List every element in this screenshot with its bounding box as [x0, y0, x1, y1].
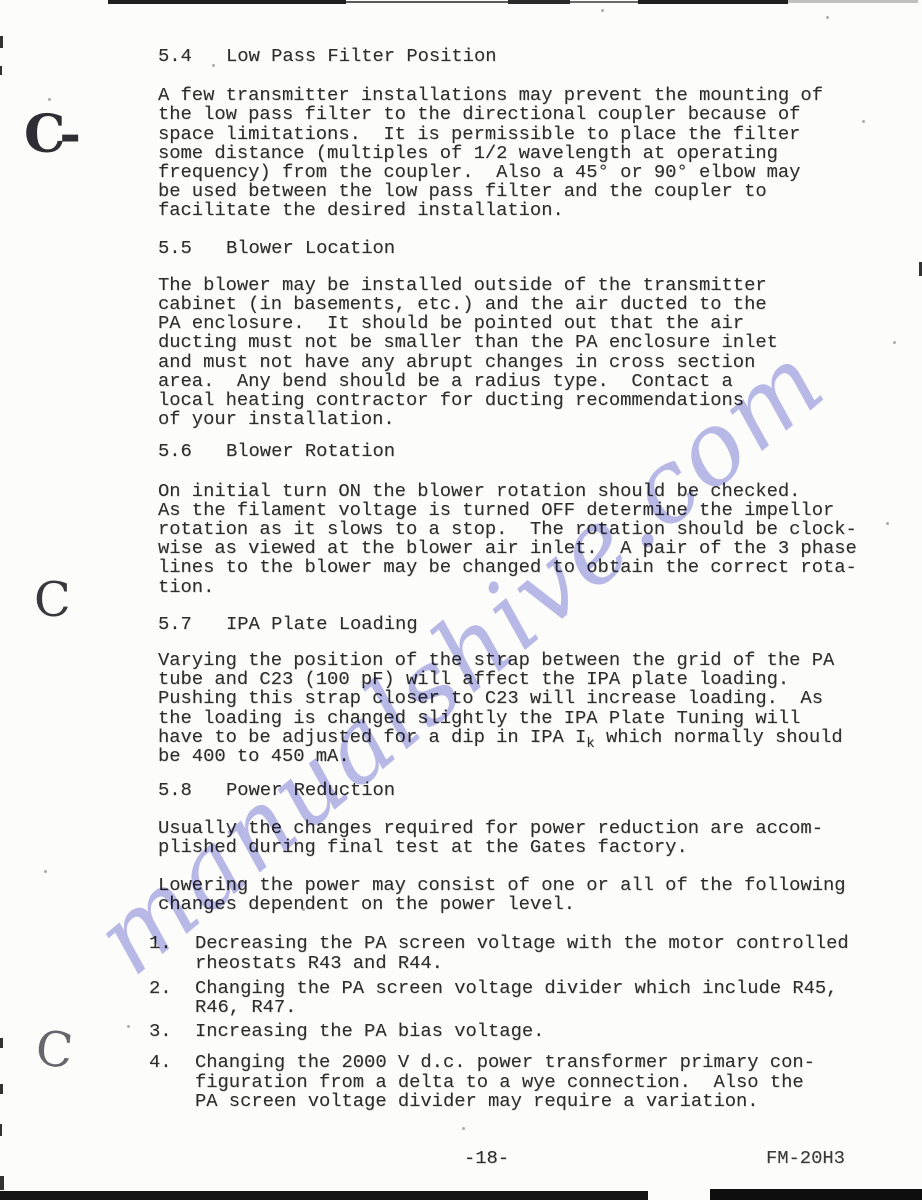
section-title: IPA Plate Loading	[226, 613, 418, 635]
scan-speck	[462, 1127, 465, 1130]
section-paragraph: Usually the changes required for power r…	[158, 819, 888, 857]
scan-edge-tick	[0, 36, 3, 48]
list-item-number: 1.	[149, 934, 195, 972]
scanned-manual-page: C- C C 5.4Low Pass Filter Position A few…	[0, 0, 922, 1200]
margin-mark-c2: C	[34, 572, 71, 628]
section-title: Blower Rotation	[226, 440, 395, 462]
section-title: Power Reduction	[226, 779, 395, 801]
scan-edge-tick	[0, 1084, 3, 1094]
page-content: 5.4Low Pass Filter Position A few transm…	[158, 47, 888, 1111]
section-title: Blower Location	[226, 237, 395, 259]
scan-speck	[826, 16, 829, 19]
subscript-k: k	[586, 736, 594, 752]
scan-edge-bar	[638, 0, 788, 4]
scan-edge-tick	[0, 1176, 4, 1190]
list-item: 2.Changing the PA screen voltage divider…	[149, 979, 888, 1017]
scan-edge-bar	[108, 0, 346, 4]
margin-mark-c1: C-	[24, 104, 75, 165]
section-paragraph: On initial turn ON the blower rotation s…	[158, 482, 888, 597]
scan-speck	[44, 870, 47, 873]
section-title: Low Pass Filter Position	[226, 45, 497, 67]
section-paragraph: A few transmitter installations may prev…	[158, 86, 888, 220]
scan-edge-tick	[0, 1124, 2, 1136]
numbered-list: 1.Decreasing the PA screen voltage with …	[149, 934, 888, 1111]
section-number: 5.6	[158, 442, 226, 461]
section-heading-5-7: 5.7IPA Plate Loading	[158, 615, 888, 634]
section-number: 5.8	[158, 781, 226, 800]
scan-edge-bar	[788, 0, 918, 3]
scan-edge-bar	[508, 0, 570, 4]
scan-speck	[48, 98, 51, 101]
section-paragraph: Varying the position of the strap betwee…	[158, 651, 888, 766]
list-item-text: Increasing the PA bias voltage.	[195, 1022, 544, 1041]
list-item-text: Decreasing the PA screen voltage with th…	[195, 934, 849, 972]
scan-edge-bar	[710, 1189, 922, 1200]
margin-mark-c3: C	[33, 1020, 75, 1080]
scan-edge-tick	[0, 66, 2, 75]
scan-edge-bar	[0, 1191, 648, 1200]
list-item: 3.Increasing the PA bias voltage.	[149, 1022, 888, 1041]
scan-speck	[601, 9, 604, 12]
section-number: 5.5	[158, 239, 226, 258]
scan-edge-tick	[0, 1038, 3, 1048]
section-heading-5-8: 5.8Power Reduction	[158, 781, 888, 800]
list-item: 1.Decreasing the PA screen voltage with …	[149, 934, 888, 972]
section-heading-5-6: 5.6Blower Rotation	[158, 442, 888, 461]
footer-page-number: -18-	[464, 1147, 509, 1169]
scan-edge-bar	[570, 1, 638, 3]
scan-speck	[893, 341, 896, 344]
section-number: 5.4	[158, 47, 226, 66]
section-paragraph: Lowering the power may consist of one or…	[158, 876, 888, 914]
list-item: 4.Changing the 2000 V d.c. power transfo…	[149, 1053, 888, 1111]
section-heading-5-4: 5.4Low Pass Filter Position	[158, 47, 888, 66]
scan-speck	[127, 1025, 130, 1028]
footer-doc-code: FM-20H3	[766, 1147, 845, 1169]
section-paragraph: The blower may be installed outside of t…	[158, 276, 888, 430]
list-item-number: 2.	[149, 979, 195, 1017]
list-item-number: 4.	[149, 1053, 195, 1111]
section-number: 5.7	[158, 615, 226, 634]
section-heading-5-5: 5.5Blower Location	[158, 239, 888, 258]
list-item-text: Changing the 2000 V d.c. power transform…	[195, 1053, 815, 1111]
list-item-text: Changing the PA screen voltage divider w…	[195, 979, 837, 1017]
list-item-number: 3.	[149, 1022, 195, 1041]
scan-edge-bar	[346, 1, 508, 3]
